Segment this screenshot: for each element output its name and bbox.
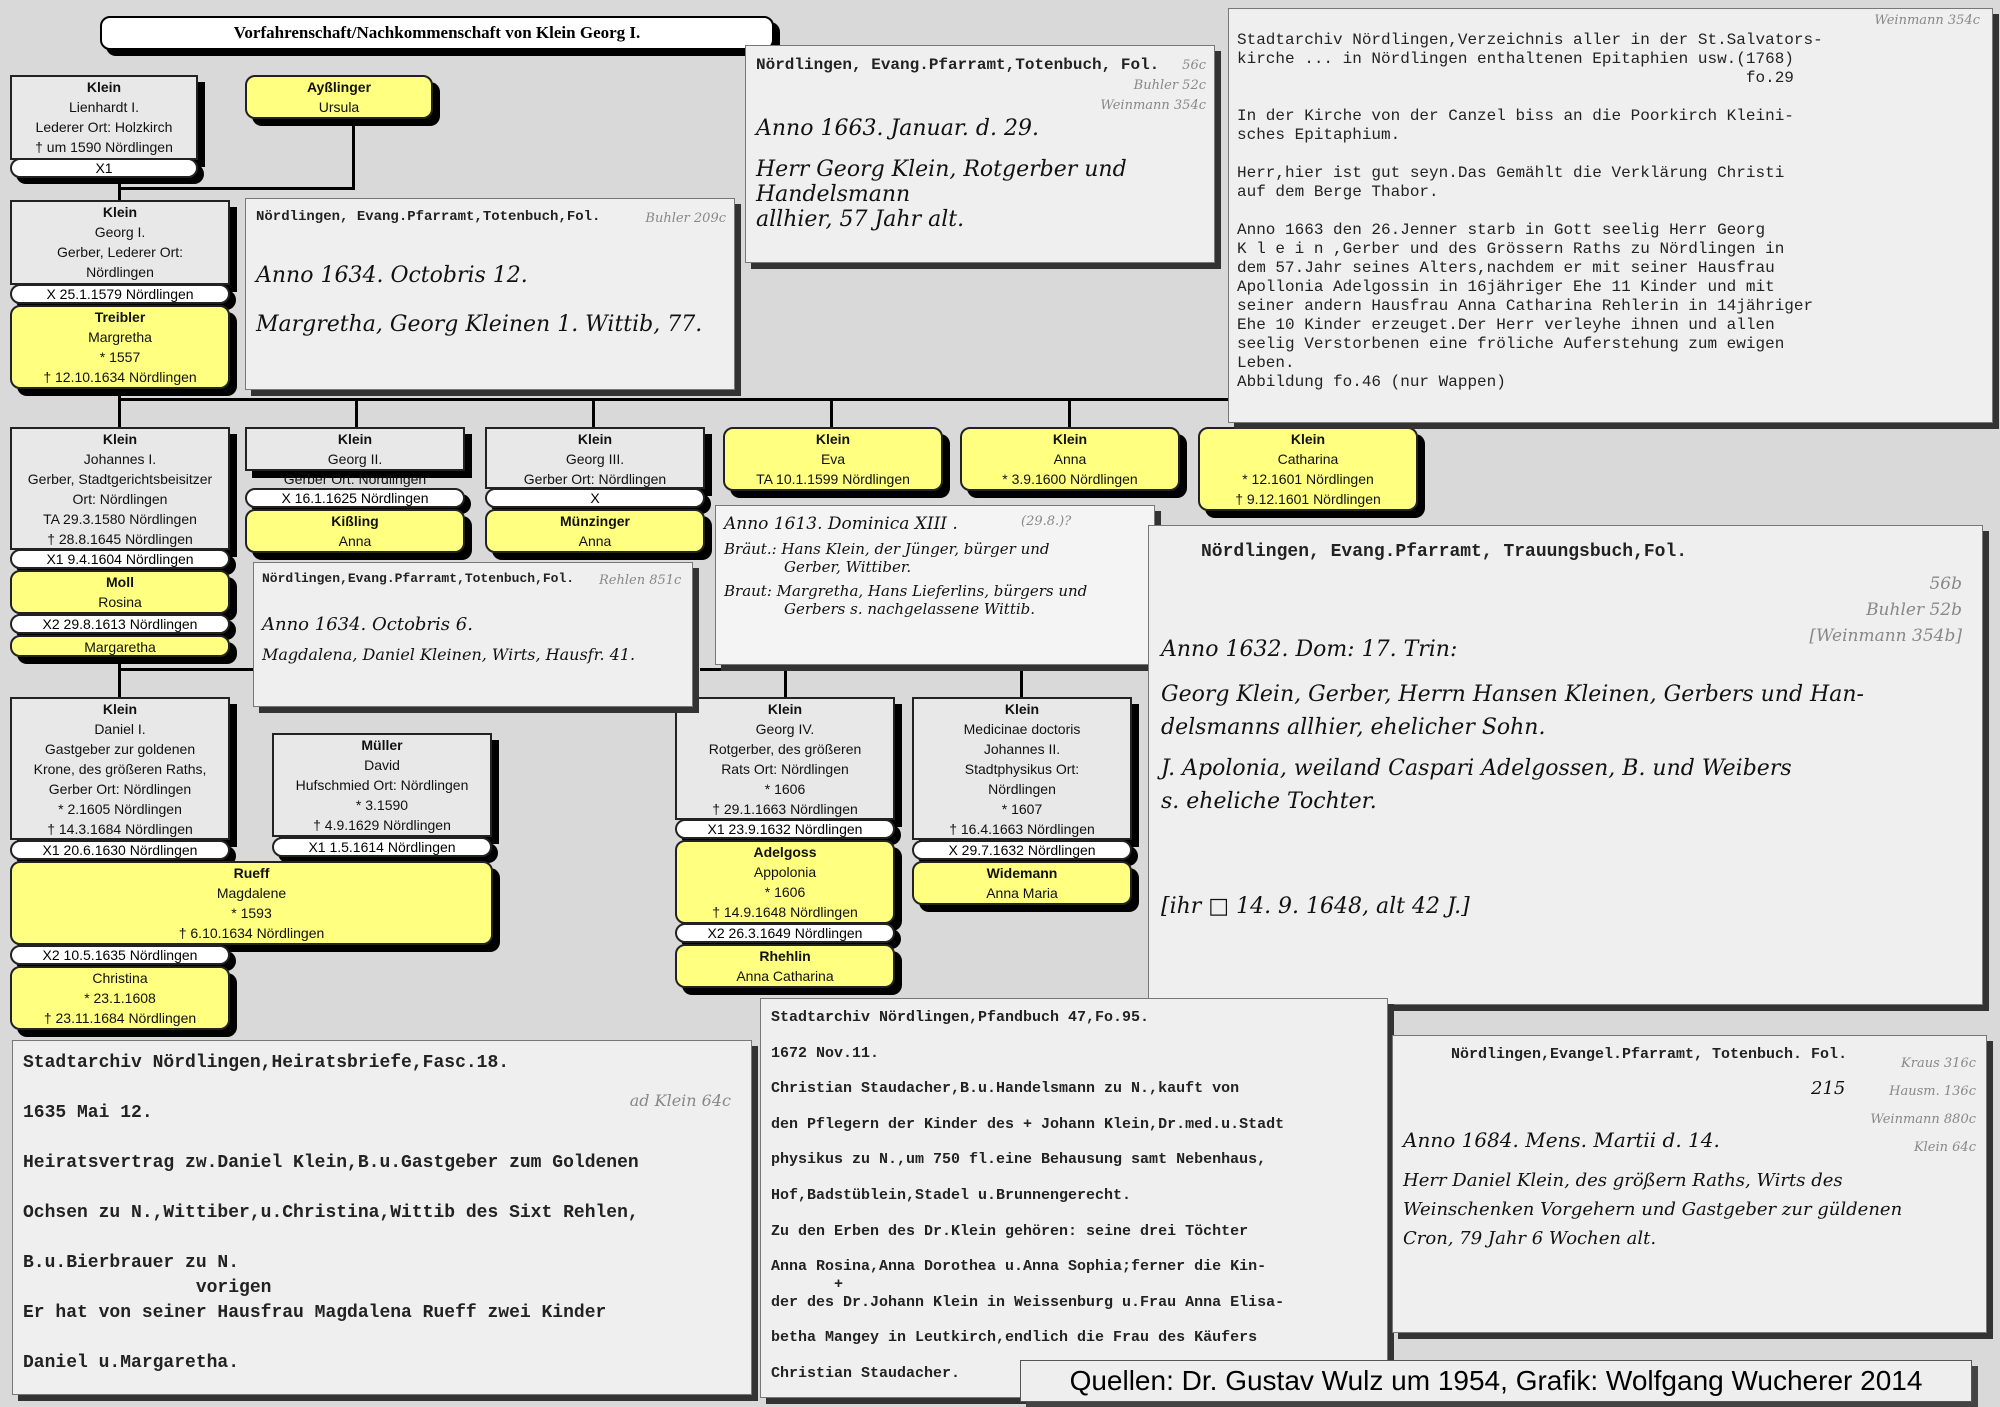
connector (118, 187, 354, 190)
person-klein-johannes-2[interactable]: Klein Medicinae doctoris Johannes II. St… (912, 697, 1132, 840)
person-ursula[interactable]: Ayßlinger Ursula (245, 75, 433, 119)
person-klein-georg-3[interactable]: Klein Georg III. Gerber Ort: Nördlingen (485, 427, 705, 489)
marriage-label: X 29.7.1632 Nördlingen (912, 840, 1132, 860)
person-klein-eva[interactable]: Klein Eva TA 10.1.1599 Nördlingen (723, 427, 943, 491)
person-klein-johannes-1[interactable]: Klein Johannes I. Gerber, Stadtgerichtsb… (10, 427, 230, 550)
person-margaretha[interactable]: Margaretha (10, 635, 230, 657)
credit-footer: Quellen: Dr. Gustav Wulz um 1954, Grafik… (1020, 1360, 1972, 1402)
connector (784, 668, 787, 698)
marriage-label: X2 29.8.1613 Nördlingen (10, 614, 230, 634)
marriage-label: X (485, 488, 705, 508)
person-klein-lienhardt[interactable]: Klein Lienhardt I. Lederer Ort: Holzkirc… (10, 75, 198, 160)
person-muenzinger-anna[interactable]: Münzinger Anna (485, 509, 705, 553)
connector (352, 122, 355, 190)
source-card-pfandbuch: Stadtarchiv Nördlingen,Pfandbuch 47,Fo.9… (760, 998, 1388, 1398)
source-card-trauung-1632: Nördlingen, Evang.Pfarramt, Trauungsbuch… (1148, 525, 1983, 1005)
source-card-totenbuch-1634-margretha: Nördlingen, Evang.Pfarramt,Totenbuch,Fol… (245, 198, 735, 390)
connector (118, 658, 121, 698)
marriage-label: X 25.1.1579 Nördlingen (10, 284, 230, 304)
marriage-label: X1 9.4.1604 Nördlingen (10, 549, 230, 569)
person-adelgoss-appolonia[interactable]: Adelgoss Appolonia * 1606 † 14.9.1648 Nö… (675, 840, 895, 924)
source-card-trauung-1613: (29.8.)? Anno 1613. Dominica XIII . Bräu… (715, 505, 1155, 665)
connector (118, 398, 121, 428)
connector (830, 398, 833, 428)
source-card-heiratsbrief: ad Klein 64c Stadtarchiv Nördlingen,Heir… (12, 1040, 752, 1395)
marriage-label: X1 1.5.1614 Nördlingen (272, 837, 492, 857)
person-rueff-magdalene[interactable]: Rueff Magdalene * 1593 † 6.10.1634 Nördl… (10, 861, 493, 945)
person-klein-georg-1[interactable]: Klein Georg I. Gerber, Lederer Ort: Nörd… (10, 200, 230, 285)
person-klein-daniel-1[interactable]: Klein Daniel I. Gastgeber zur goldenen K… (10, 697, 230, 840)
person-klein-georg-2[interactable]: Klein Georg II. Gerber Ort: Nördlingen (245, 427, 465, 471)
connector (355, 398, 358, 428)
source-card-totenbuch-1684: Nördlingen,Evangel.Pfarramt, Totenbuch. … (1392, 1035, 1987, 1333)
person-moll-rosina[interactable]: Moll Rosina (10, 570, 230, 614)
person-treibler-margretha[interactable]: Treibler Margretha * 1557 † 12.10.1634 N… (10, 305, 230, 389)
connector (592, 398, 595, 428)
source-card-totenbuch-1663: Nördlingen, Evang.Pfarramt,Totenbuch, Fo… (745, 45, 1215, 263)
marriage-label: X1 20.6.1630 Nördlingen (10, 840, 230, 860)
person-christina[interactable]: Christina * 23.1.1608 † 23.11.1684 Nördl… (10, 966, 230, 1030)
person-klein-georg-4[interactable]: Klein Georg IV. Rotgerber, des größeren … (675, 697, 895, 820)
source-card-totenbuch-1634-magdalena: Nördlingen,Evang.Pfarramt,Totenbuch,Fol.… (253, 562, 693, 707)
marriage-label: X2 10.5.1635 Nördlingen (10, 945, 230, 965)
person-widemann-anna-maria[interactable]: Widemann Anna Maria (912, 861, 1132, 905)
marriage-label: X2 26.3.1649 Nördlingen (675, 923, 895, 943)
marriage-label: X1 (10, 158, 198, 178)
person-mueller-david[interactable]: Müller David Hufschmied Ort: Nördlingen … (272, 733, 492, 837)
marriage-label: X 16.1.1625 Nördlingen (245, 488, 465, 508)
chart-title: Vorfahrenschaft/Nachkommenschaft von Kle… (100, 16, 774, 50)
connector (1020, 668, 1023, 698)
connector (700, 668, 1020, 671)
epitaph-text: Stadtarchiv Nördlingen,Verzeichnis aller… (1237, 31, 1984, 392)
source-card-epitaph: Weinmann 354c Stadtarchiv Nördlingen,Ver… (1228, 8, 1993, 423)
marriage-label: X1 23.9.1632 Nördlingen (675, 819, 895, 839)
connector (118, 668, 258, 671)
person-kissling-anna[interactable]: Kißling Anna (245, 509, 465, 553)
person-klein-catharina[interactable]: Klein Catharina * 12.1601 Nördlingen † 9… (1198, 427, 1418, 511)
connector (118, 398, 1388, 401)
pfandbuch-text: Stadtarchiv Nördlingen,Pfandbuch 47,Fo.9… (771, 1009, 1377, 1383)
connector (1068, 398, 1071, 428)
person-rhehlin-anna-catharina[interactable]: Rhehlin Anna Catharina (675, 944, 895, 988)
person-klein-anna[interactable]: Klein Anna * 3.9.1600 Nördlingen (960, 427, 1180, 491)
